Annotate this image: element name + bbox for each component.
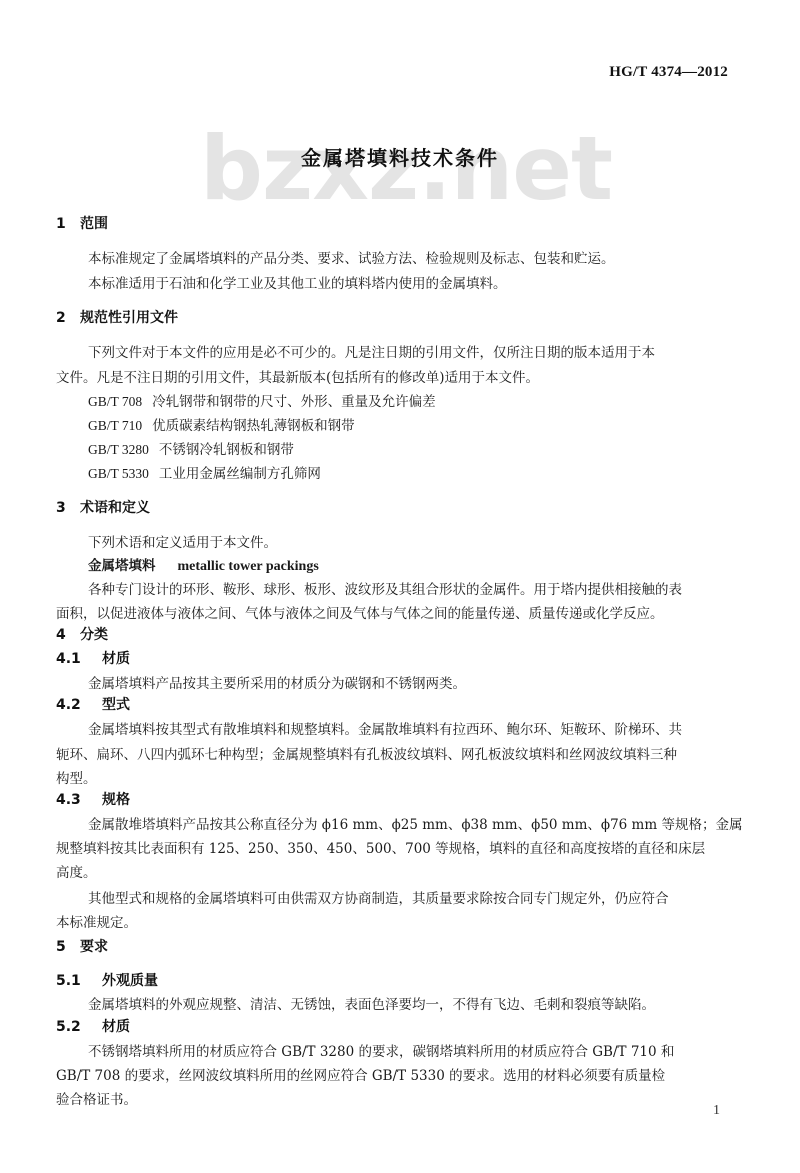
section-title: 规范性引用文件 (80, 310, 178, 326)
reference-code: GB/T 708 (88, 394, 142, 410)
section-5-heading: 5要求 (56, 936, 108, 956)
paragraph: 本标准规定。 (56, 911, 137, 931)
term-entry: 金属塔填料metallic tower packings (88, 554, 319, 575)
paragraph: 面积，以促进液体与液体之间、气体与液体之间及气体与气体之间的能量传递、质量传递或… (56, 602, 664, 622)
paragraph: 构型。 (56, 767, 97, 787)
paragraph: 本标准适用于石油和化学工业及其他工业的填料塔内使用的金属填料。 (88, 272, 507, 292)
section-number: 1 (56, 216, 80, 232)
paragraph: 文件。凡是不注日期的引用文件，其最新版本(包括所有的修改单)适用于本文件。 (56, 366, 539, 386)
reference-item: GB/T 3280不锈钢冷轧钢板和钢带 (88, 438, 294, 458)
paragraph: 验合格证书。 (56, 1088, 137, 1108)
document-title: 金属塔填料技术条件 (0, 142, 800, 171)
subsection-4-2-heading: 4.2型式 (56, 694, 130, 714)
subsection-5-1-heading: 5.1外观质量 (56, 970, 158, 990)
reference-item: GB/T 5330工业用金属丝编制方孔筛网 (88, 462, 321, 482)
reference-title: 不锈钢冷轧钢板和钢带 (159, 442, 294, 458)
paragraph: 各种专门设计的环形、鞍形、球形、板形、波纹形及其组合形状的金属件。用于塔内提供相… (88, 578, 682, 598)
section-title: 范围 (80, 216, 108, 232)
reference-code: GB/T 710 (88, 418, 142, 434)
subsection-title: 材质 (102, 651, 130, 667)
paragraph: 轭环、扁环、八四内弧环七种构型；金属规整填料有孔板波纹填料、网孔板波纹填料和丝网… (56, 743, 677, 763)
subsection-4-3-heading: 4.3规格 (56, 789, 130, 809)
section-number: 4 (56, 627, 80, 643)
term-chinese: 金属塔填料 (88, 558, 156, 574)
section-number: 5 (56, 939, 80, 955)
paragraph: 下列文件对于本文件的应用是必不可少的。凡是注日期的引用文件，仅所注日期的版本适用… (88, 341, 655, 361)
paragraph: 不锈钢塔填料所用的材质应符合 GB/T 3280 的要求，碳钢塔填料所用的材质应… (88, 1040, 674, 1060)
reference-title: 优质碳素结构钢热轧薄钢板和钢带 (152, 418, 355, 434)
paragraph: GB/T 708 的要求，丝网波纹填料所用的丝网应符合 GB/T 5330 的要… (56, 1064, 665, 1084)
section-number: 3 (56, 500, 80, 516)
paragraph: 金属塔填料产品按其主要所采用的材质分为碳钢和不锈钢两类。 (88, 672, 466, 692)
subsection-5-2-heading: 5.2材质 (56, 1016, 130, 1036)
subsection-number: 4.3 (56, 792, 102, 808)
subsection-number: 5.1 (56, 973, 102, 989)
subsection-title: 型式 (102, 697, 130, 713)
paragraph: 金属散堆塔填料产品按其公称直径分为 ϕ16 mm、ϕ25 mm、ϕ38 mm、ϕ… (88, 813, 742, 833)
subsection-number: 4.1 (56, 651, 102, 667)
paragraph: 规整填料按其比表面积有 125、250、350、450、500、700 等规格，… (56, 837, 705, 857)
subsection-title: 外观质量 (102, 973, 158, 989)
reference-code: GB/T 5330 (88, 466, 149, 482)
paragraph: 金属塔填料的外观应规整、清洁、无锈蚀，表面色泽要均一，不得有飞边、毛刺和裂痕等缺… (88, 993, 655, 1013)
standard-code: HG/T 4374—2012 (609, 64, 728, 81)
reference-item: GB/T 710优质碳素结构钢热轧薄钢板和钢带 (88, 414, 355, 434)
section-2-heading: 2规范性引用文件 (56, 307, 178, 327)
subsection-title: 规格 (102, 792, 130, 808)
reference-code: GB/T 3280 (88, 442, 149, 458)
paragraph: 金属塔填料按其型式有散堆填料和规整填料。金属散堆填料有拉西环、鲍尔环、矩鞍环、阶… (88, 718, 682, 738)
paragraph: 下列术语和定义适用于本文件。 (88, 531, 277, 551)
section-4-heading: 4分类 (56, 624, 108, 644)
subsection-number: 5.2 (56, 1019, 102, 1035)
page-number: 1 (713, 1103, 720, 1119)
section-title: 分类 (80, 627, 108, 643)
subsection-4-1-heading: 4.1材质 (56, 648, 130, 668)
section-3-heading: 3术语和定义 (56, 497, 150, 517)
paragraph: 高度。 (56, 861, 97, 881)
paragraph: 本标准规定了金属塔填料的产品分类、要求、试验方法、检验规则及标志、包装和贮运。 (88, 247, 615, 267)
section-number: 2 (56, 310, 80, 326)
reference-title: 冷轧钢带和钢带的尺寸、外形、重量及允许偏差 (152, 394, 436, 410)
subsection-title: 材质 (102, 1019, 130, 1035)
term-english: metallic tower packings (178, 559, 319, 574)
paragraph: 其他型式和规格的金属塔填料可由供需双方协商制造，其质量要求除按合同专门规定外，仍… (88, 887, 669, 907)
section-1-heading: 1范围 (56, 213, 108, 233)
reference-title: 工业用金属丝编制方孔筛网 (159, 466, 321, 482)
subsection-number: 4.2 (56, 697, 102, 713)
section-title: 术语和定义 (80, 500, 150, 516)
section-title: 要求 (80, 939, 108, 955)
reference-item: GB/T 708冷轧钢带和钢带的尺寸、外形、重量及允许偏差 (88, 390, 436, 410)
